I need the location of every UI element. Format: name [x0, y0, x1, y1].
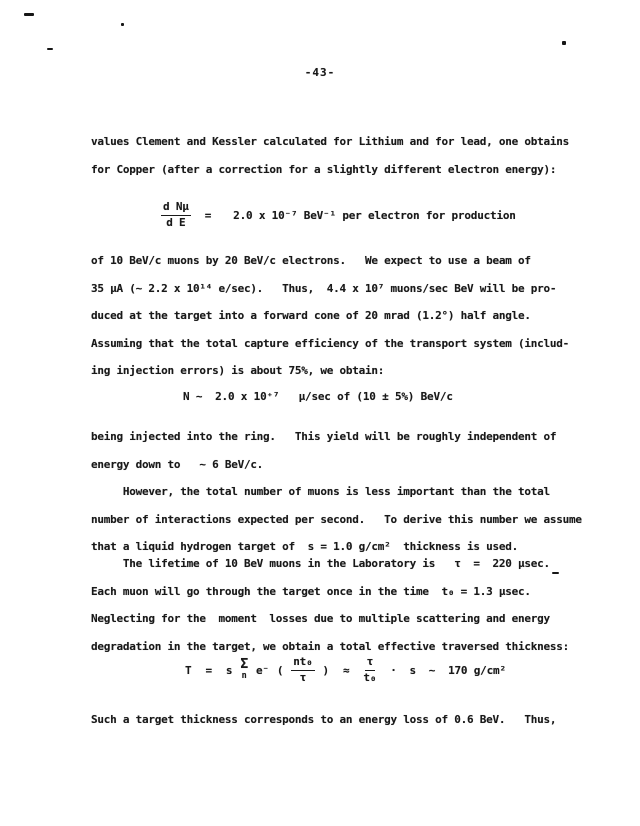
- sigma-operator: Σ: [240, 660, 248, 670]
- equation-effective-thickness: T = s Σ n e⁻ ( nt₀ τ ) ≈ τ t₀ · s ~ 170 …: [185, 650, 506, 690]
- text-line: for Copper (after a correction for a sli…: [91, 156, 591, 184]
- approx-sign: ≈: [343, 664, 349, 677]
- exponent-fraction: nt₀ τ: [291, 656, 314, 684]
- text-line: The lifetime of 10 BeV muons in the Labo…: [91, 550, 591, 578]
- right-paren: ): [323, 664, 329, 677]
- equals-sign: =: [205, 664, 211, 677]
- paragraph-interactions: However, the total number of muons is le…: [91, 478, 591, 561]
- ink-speck: [121, 23, 124, 26]
- text-line: number of interactions expected per seco…: [91, 506, 591, 534]
- ratio-fraction: τ t₀: [363, 656, 376, 684]
- text-line: being injected into the ring. This yield…: [91, 423, 591, 451]
- fraction-denominator: d E: [166, 216, 185, 229]
- paragraph-lifetime: The lifetime of 10 BeV muons in the Labo…: [91, 550, 591, 660]
- fraction-numerator: d Nμ: [161, 201, 191, 216]
- equals-sign: =: [205, 209, 211, 222]
- sigma-index: n: [242, 671, 247, 681]
- ink-speck: [24, 13, 34, 16]
- text-line: values Clement and Kessler calculated fo…: [91, 128, 591, 156]
- fraction-denominator: τ: [300, 671, 306, 684]
- fraction-numerator: nt₀: [291, 656, 314, 671]
- equation-tail: · s ~ 170 g/cm²: [390, 664, 506, 677]
- fraction-denominator: t₀: [363, 671, 376, 684]
- equation-text: N ~ 2.0 x 10⁺⁷ μ/sec of (10 ± 5%) BeV/c: [183, 390, 453, 403]
- text-line: However, the total number of muons is le…: [91, 478, 591, 506]
- equation-lhs: T: [185, 664, 191, 677]
- page-number: -43-: [0, 66, 640, 79]
- ink-speck: [562, 41, 566, 45]
- text-line: of 10 BeV/c muons by 20 BeV/c electrons.…: [91, 247, 591, 275]
- fraction-numerator: τ: [365, 656, 375, 671]
- thickness-symbol: s: [226, 664, 232, 677]
- summation-symbol: Σ n: [240, 660, 248, 681]
- text-line: Such a target thickness corresponds to a…: [91, 706, 591, 734]
- text-line: Neglecting for the moment losses due to …: [91, 605, 591, 633]
- paragraph-intro: values Clement and Kessler calculated fo…: [91, 128, 591, 183]
- text-line: ing injection errors) is about 75%, we o…: [91, 357, 591, 385]
- text-line: 35 μA (~ 2.2 x 10¹⁴ e/sec). Thus, 4.4 x …: [91, 275, 591, 303]
- paragraph-beam: of 10 BeV/c muons by 20 BeV/c electrons.…: [91, 247, 591, 385]
- ink-speck: [47, 48, 53, 50]
- text-line: Assuming that the total capture efficien…: [91, 330, 591, 358]
- derivative-fraction: d Nμ d E: [161, 201, 191, 229]
- text-line: duced at the target into a forward cone …: [91, 302, 591, 330]
- equation-injection-rate: N ~ 2.0 x 10⁺⁷ μ/sec of (10 ± 5%) BeV/c: [183, 384, 453, 408]
- document-page: -43- values Clement and Kessler calculat…: [0, 0, 640, 826]
- paragraph-energy-loss: Such a target thickness corresponds to a…: [91, 706, 591, 734]
- text-line: energy down to ~ 6 BeV/c.: [91, 451, 591, 479]
- equation-rhs: 2.0 x 10⁻⁷ BeV⁻¹ per electron for produc…: [233, 209, 516, 222]
- exponential-term: e⁻: [256, 664, 269, 677]
- paragraph-yield: being injected into the ring. This yield…: [91, 423, 591, 478]
- left-paren: (: [277, 664, 283, 677]
- text-line: Each muon will go through the target onc…: [91, 578, 591, 606]
- equation-muon-production: d Nμ d E = 2.0 x 10⁻⁷ BeV⁻¹ per electron…: [161, 198, 516, 232]
